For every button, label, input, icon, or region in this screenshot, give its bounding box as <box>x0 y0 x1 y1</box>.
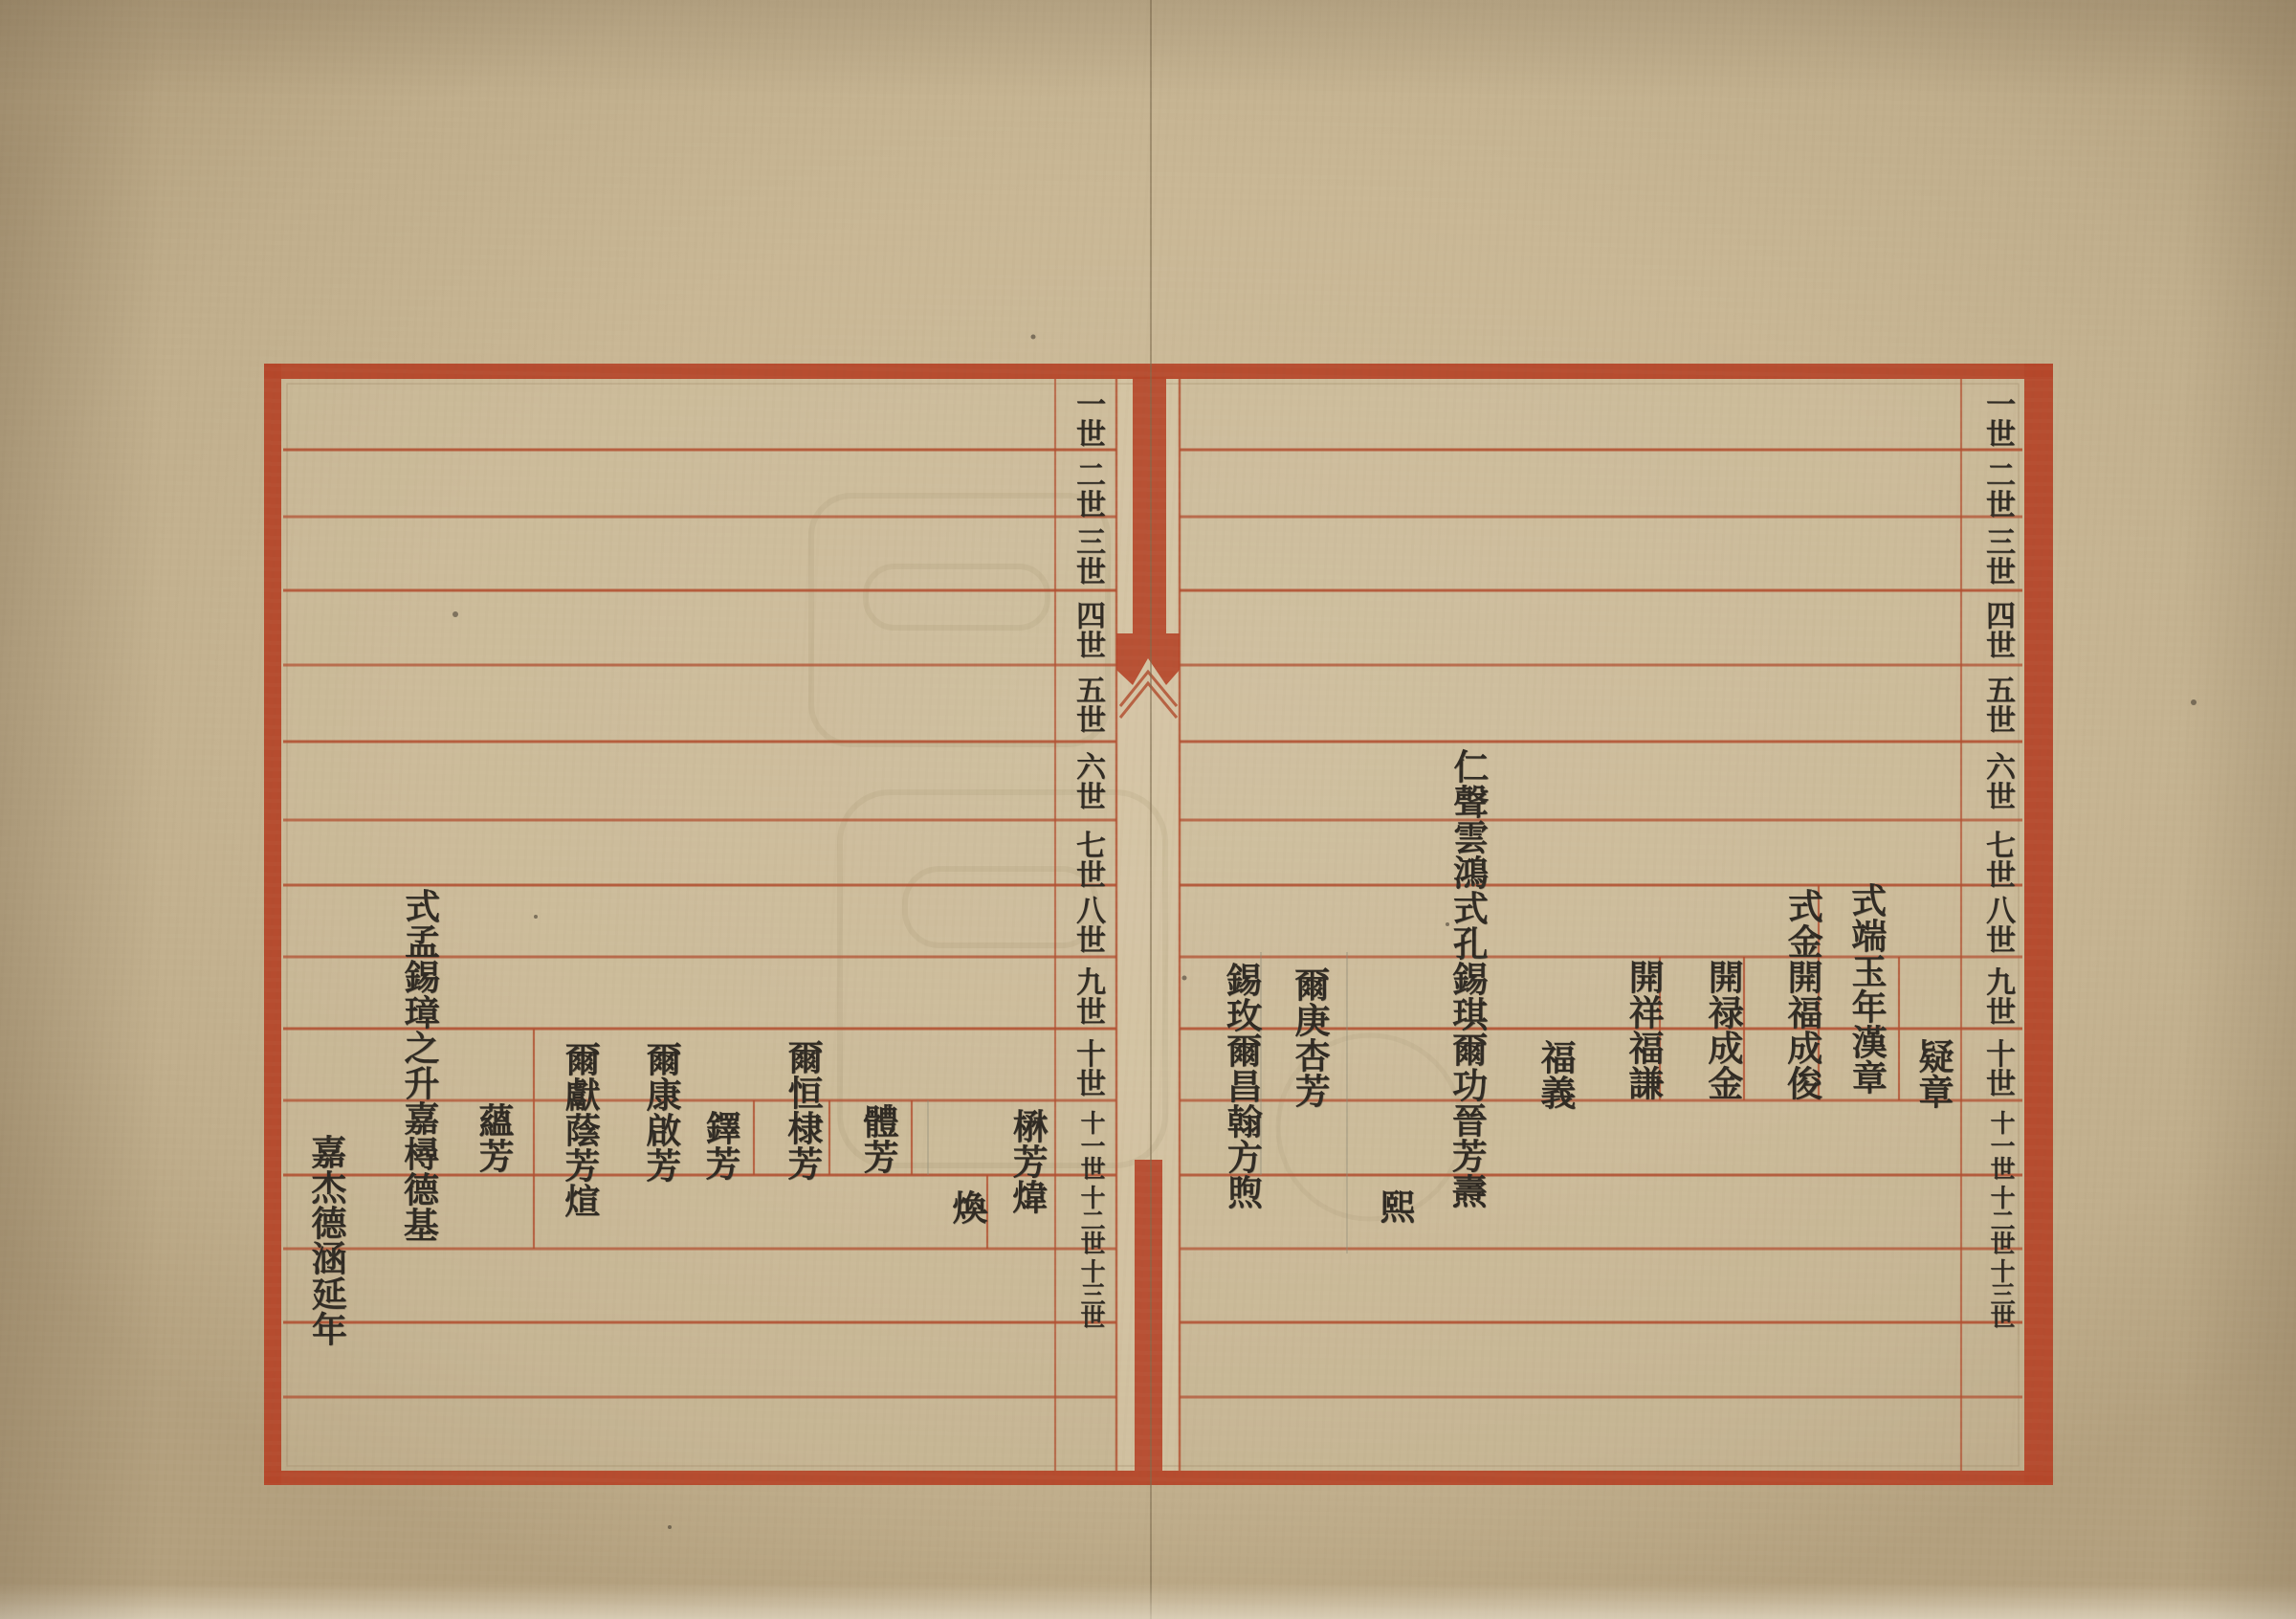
generation-label-left-7: 七世 <box>1065 830 1103 889</box>
name-column-left-10: 楙芳煒 <box>1002 1108 1044 1214</box>
generation-label-left-5: 五世 <box>1065 675 1103 734</box>
name-column-right-2: 爾庚杏芳 <box>1284 966 1327 1108</box>
generation-label-right-3: 三世 <box>1975 526 2013 586</box>
generation-label-left-2: 二世 <box>1065 459 1103 519</box>
generation-label-left-6: 六世 <box>1065 751 1103 810</box>
name-column-left-9: 煥 <box>941 1189 983 1225</box>
generation-label-left-10: 十世 <box>1065 1038 1103 1098</box>
generation-label-right-11: 十一世 <box>1975 1110 2013 1179</box>
generation-label-left-11: 十一世 <box>1065 1110 1103 1179</box>
name-column-left-7: 爾恒棣芳 <box>777 1039 820 1181</box>
generation-label-left-4: 四世 <box>1065 600 1103 659</box>
genealogy-book-scan: 一世二世三世四世五世六世七世八世九世十世十一世十二世十三世一世二世三世四世五世六… <box>0 0 2296 1619</box>
name-column-left-5: 爾康啟芳 <box>635 1041 678 1183</box>
generation-label-right-8: 八世 <box>1975 895 2013 954</box>
generation-label-right-10: 十世 <box>1975 1038 2013 1098</box>
name-column-right-4: 仁聲雲鴻式孔錫琪爾功晉芳燾 <box>1441 748 1485 1209</box>
name-column-right-8: 式金開福成俊 <box>1777 888 1820 1100</box>
generation-label-right-6: 六世 <box>1975 751 2013 810</box>
generation-label-left-1: 一世 <box>1065 388 1103 448</box>
generation-label-left-9: 九世 <box>1065 966 1103 1026</box>
generation-label-right-1: 一世 <box>1975 388 2013 448</box>
name-column-right-9: 式端玉年漢章 <box>1841 882 1884 1095</box>
name-column-right-7: 開禄成金 <box>1697 959 1740 1100</box>
generation-label-left-8: 八世 <box>1065 895 1103 954</box>
generation-label-right-13: 十三世 <box>1975 1258 2013 1327</box>
name-column-left-8: 體芳 <box>852 1103 894 1174</box>
name-column-right-10: 疑章 <box>1908 1038 1950 1109</box>
name-column-right-5: 福義 <box>1530 1039 1572 1110</box>
generation-label-right-7: 七世 <box>1975 830 2013 889</box>
generation-label-left-3: 三世 <box>1065 526 1103 586</box>
name-column-left-3: 蘊芳 <box>468 1102 510 1173</box>
generation-label-right-4: 四世 <box>1975 600 2013 659</box>
handwritten-text-layer: 一世二世三世四世五世六世七世八世九世十世十一世十二世十三世一世二世三世四世五世六… <box>0 0 2296 1619</box>
name-column-left-4: 爾獻蔭芳煊 <box>554 1041 597 1218</box>
name-column-right-1: 錫玫爾昌翰方煦 <box>1215 962 1258 1209</box>
generation-label-right-12: 十二世 <box>1975 1185 2013 1253</box>
name-column-left-1: 嘉杰德涵延年 <box>300 1134 343 1346</box>
generation-label-right-2: 二世 <box>1975 459 2013 519</box>
name-column-right-6: 開祥福謙 <box>1618 959 1661 1100</box>
generation-label-left-12: 十二世 <box>1065 1185 1103 1253</box>
generation-label-left-13: 十三世 <box>1065 1258 1103 1327</box>
name-column-right-3: 熙 <box>1369 1188 1411 1224</box>
generation-label-right-9: 九世 <box>1975 966 2013 1026</box>
name-column-left-2: 式孟錫璋之升嘉樳德基 <box>392 888 436 1242</box>
name-column-left-6: 鐸芳 <box>695 1110 737 1181</box>
generation-label-right-5: 五世 <box>1975 675 2013 734</box>
